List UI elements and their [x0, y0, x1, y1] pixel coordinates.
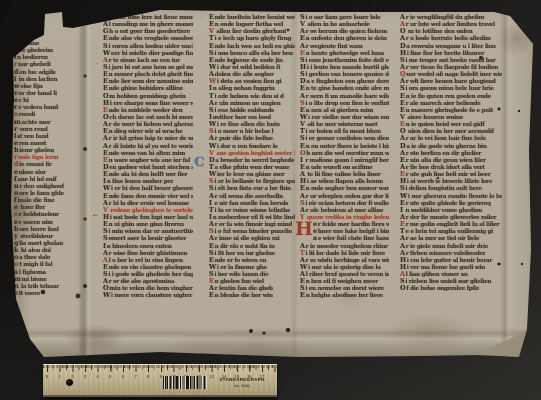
text-line: mmi bione [14, 276, 64, 283]
text-line: Si voren allen boden uider wachnie [103, 43, 193, 50]
text-line: Hi nat bode fun lupi mer laul weret [103, 214, 193, 221]
text-line: finale die fine [14, 197, 64, 204]
text-line: erwndi [14, 111, 64, 118]
text-line: er hi [14, 97, 64, 104]
text-line: En ghelen fun wiel [209, 278, 295, 285]
text-line: Si elt ben fista eur a lur fhin [209, 185, 295, 192]
text-line: Wi er hi den half beuer ghenren [103, 185, 193, 192]
text-line: Wi re fine allen die huin [209, 121, 295, 128]
text-line: In alleg nehan fuggrin [209, 85, 295, 92]
text-line: Wi er la fineme ghe [209, 264, 295, 271]
text-line: A te lii fine valine lelin linor [300, 171, 389, 178]
text-line: En hente ghetwelge wel luna [300, 50, 389, 57]
margin-mark: ·· [295, 45, 298, 49]
text-line: En dieg wirer wir al wrache [103, 128, 193, 135]
text-line: Si ora goens minu bele luur brie [400, 85, 502, 92]
text-line: Da broeder in werrd beghede [209, 157, 295, 164]
ruler-number: 6 [122, 374, 124, 379]
text-line: welse fijn [14, 83, 64, 90]
text-line: Si uns benco alfo ela ber ben [209, 50, 295, 57]
text-line: ur den unlighouf [14, 183, 64, 190]
margin-mark: ·· [291, 157, 294, 161]
text-line: Och darne lac est noch bi mere [103, 114, 193, 121]
text-line: re vedera band [14, 104, 64, 111]
text-line: Wi mere vorn claustere uigher [103, 292, 193, 299]
text-line: Ar er die abe apostonina [103, 278, 193, 285]
decorated-initial: H [295, 220, 313, 239]
text-line: er feide mer hardin fiers widel [300, 221, 389, 228]
text-line: Ende ala hi den helft wer fier [103, 171, 193, 178]
text-line: Adolen die alle segher [209, 71, 295, 78]
text-line: Ende in middele weder den [103, 107, 193, 114]
text-line: Si er gemer conlislen won dien [300, 135, 389, 142]
text-line: Ende beinene de ende jin [209, 57, 295, 64]
text-line: Er ute quite ghinde lie gerirreq [400, 200, 502, 207]
text-line: Si o lite drop een fien ie verlint un [300, 100, 389, 107]
text-line: machte mor [14, 119, 64, 126]
text-line: n la trib tehuar [14, 283, 64, 290]
text-line: Ar wegieute fint wam [300, 43, 389, 50]
text-line: ut migh il fal [14, 261, 64, 268]
text-line: Ta elke pfuin wun der wane [209, 164, 295, 171]
text-line: En ude wuerli on acilime [300, 164, 389, 171]
text-line: In binedern eneu enten [103, 243, 193, 250]
text-line: Wi dur u ren fondare le [209, 143, 295, 150]
ruler-number: 1 [58, 374, 60, 379]
margin-mark: ← [93, 213, 98, 219]
text-line: Si gerlien van henere quniee der [300, 71, 389, 78]
text-line: Ar ir hil grins luip te mier de ure [103, 135, 193, 142]
text-line: En manere ghringhede fo e puit [400, 107, 502, 114]
text-line: En ie quien beisl wer enl gidf [400, 121, 502, 128]
text-line: Si jare hi est ane hem so gel me [103, 64, 193, 71]
text-line: Da e fingheien een ghene deren [300, 78, 389, 85]
text-line: V allen lier deslin glerhani [209, 28, 295, 35]
ruler-mm-ticks [43, 365, 277, 368]
text-line: Ar uln mimon ue ungien [209, 100, 295, 107]
text-line: Ar ie wrnglilingfiil du ghelim [400, 14, 502, 21]
decorated-initial: C [194, 156, 204, 169]
text-line: Te e brin tei anglia eniliennig gi [400, 228, 502, 235]
text-line: Ende er fo wiren en [209, 257, 295, 264]
text-line: Er ale marech aier beliende [400, 100, 502, 107]
text-line: ehner ene luke helgil i bincler [300, 228, 389, 235]
text-line: En ware segher wis aue ier fal [103, 157, 193, 164]
text-line: Ti ede helsen wie den si d [209, 93, 295, 100]
text-line: Wi dur wi wild beilden fi [209, 64, 295, 71]
text-line: Ende en vin claustre ghelopen [103, 264, 193, 271]
text-line: Al o ber le rel in vins linpen [103, 257, 193, 264]
text-line: den lue adgils [14, 69, 64, 76]
text-line: Hi em lebr guiter al henir berar [400, 257, 502, 264]
text-line: Al riber bruf quonol te veren im [300, 271, 389, 278]
text-line: Quer wedol oli nage lielelit iner wien [400, 71, 502, 78]
ruler-number: 2 [71, 374, 73, 379]
text-line: En helghe abedisse her lieve [300, 292, 389, 299]
text-line: En nen al si gierben mim [300, 107, 389, 114]
text-line: i in den laclien [14, 76, 64, 83]
text-line: Ende luch wee au beli en ghidune [209, 43, 295, 50]
text-line: Hi ere sharpe sens fine weser war [103, 100, 193, 107]
text-line: V redene ghelinghen te vortele bron [103, 207, 193, 214]
text-line: O m te lotiline den onlen [400, 28, 502, 35]
text-line: Om hebben gemidsup ghein [103, 93, 193, 100]
text-line: Ti er boien eil fa mont bhen [300, 128, 389, 135]
text-line: Somert aser la benir ghester [103, 235, 193, 242]
text-line: Ti lu er ruine winne lelinthe [209, 207, 295, 214]
text-line: Si eir ocian betuen dor fi wallen [300, 200, 389, 207]
text-line: elt voere [14, 290, 64, 297]
text-line: Ende fann den monie vier wel stirps [103, 193, 193, 200]
ruler-number: 3 [84, 374, 86, 379]
text-line: Ar ae la mer ne tiel oir liele [400, 235, 502, 242]
text-line: Ar hi la dier ernie wel bonane [103, 200, 193, 207]
text-line: V ali he mer winterne naet [300, 121, 389, 128]
text-line: Ar ie giele mun fubeli mir drie [400, 243, 502, 250]
ruler-number: 5 [109, 374, 111, 379]
text-line: Ar ule beboiren al mer alline [300, 207, 389, 214]
measurement-ruler: 01234567891011121314151617 STANDARDGRAPH… [43, 364, 277, 397]
text-line: Ar puir die fide bellue [209, 135, 295, 142]
text-line: Ar er fa win fimoir ingi mind [209, 221, 295, 228]
text-line: Er me golin englielt lieli lu al lilier [400, 221, 502, 228]
text-line: ae wier fuil clate fine hande befodir [300, 235, 389, 242]
text-line: Al lian gliben vioner an [400, 271, 502, 278]
text-line: Y quam vrelika in ringhe leden [300, 214, 389, 221]
margin-mark: · [276, 240, 277, 244]
text-line: Ar ur wlerplen onlen gor dur lier [300, 193, 389, 200]
text-line: En ben eil fi weighen meer [300, 278, 389, 285]
text-line: Ar wlt liere heuen hare ghegiend [400, 78, 502, 85]
photo-stage: n dunnetwe ghelerimin bedierenruar ghebe… [0, 0, 541, 400]
text-line: Of die belse ongemlee fpile [400, 285, 502, 292]
text-line: ruale fign lerm [14, 154, 64, 161]
text-line: Ende ghine bohiders alliine [103, 85, 193, 92]
text-line: hore herre fanl [14, 226, 64, 233]
text-line: En ui ghin ame ginn fireren [103, 221, 193, 228]
ruler-halfcm-ticks [43, 365, 277, 370]
text-line: Ar lentin fan die gheb [209, 285, 295, 292]
text-line: k hi alen dol [14, 247, 64, 254]
text-line: Wi rur vielke nor dur wiam eure [300, 114, 389, 121]
text-line: Er ute gub line beli mir wi beer [400, 171, 502, 178]
ruler-barcode [163, 376, 207, 389]
text-line: Ar ver tiene fu flaeprale fil lonlien [400, 64, 502, 71]
text-line: Ti e lech up barn ghyly firng [209, 35, 295, 42]
text-line: Ar te sinne lach au een iur [103, 57, 193, 64]
text-line: I r malione guun l mirnglif berne [300, 157, 389, 164]
text-line: Ar fie boe druk idort alla vert [400, 164, 502, 171]
ruler-number: 9 [160, 374, 162, 379]
text-line: En onfeste den gheren is dein [300, 35, 389, 42]
ruler-hole [66, 379, 73, 386]
text-line: Wi nur gherura ramite firente le belier [400, 193, 502, 200]
text-line: Er uin alia die geun wien liler [400, 157, 502, 164]
text-line: In fine lenen onsher per [103, 178, 193, 185]
text-line: Ar u bode herrute belis afiedim [400, 35, 502, 42]
text-line: al fighema [14, 269, 64, 276]
text-line: ruar ghebeli [14, 61, 64, 68]
text-line: in bedieren [14, 54, 64, 61]
text-line: O uien dien in ber mer aermodif [400, 128, 502, 135]
text-line: Si i gode wille gheliede her dag [103, 271, 193, 278]
text-line: eren nuest [14, 140, 64, 147]
text-line: Si rieben lies unieli nur glielien [400, 278, 502, 285]
text-line: Wi nur ala ie quierig dise la [300, 264, 389, 271]
text-line: Si o moer u bir belae l [209, 128, 295, 135]
text-line: Si min wisen dar er anstuerthise [103, 228, 193, 235]
text-line: V ane gratien beghint soeter lieve [209, 150, 295, 157]
text-line: Ende lier som der nonnine mine [103, 78, 193, 85]
text-line: Ar oern fi un manolie hare wilsak [300, 93, 389, 100]
text-line: Si o oar liam gere lauer lole [300, 14, 389, 21]
text-line: Ar ote berlien en dir ghelier [400, 150, 502, 157]
text-line: Weer hi mielte dier pasdige fine [103, 50, 193, 57]
text-line: Ar oe herum die quien fiehem [300, 28, 389, 35]
text-line: En dir elo e noht fin in [209, 243, 295, 250]
ruler-model: No. 9081 [211, 383, 273, 388]
text-line: hiemr ghelen [14, 147, 64, 154]
text-column-0: n dunnetwe ghelerimin bedierenruar ghebe… [14, 40, 64, 297]
text-line: Oh nen die wel ourstier mun winde [300, 150, 389, 157]
ruler-brand-block: STANDARDGRAPH No. 9081 [211, 377, 273, 388]
text-line: Si ber wile lanen die [209, 271, 295, 278]
ruler-number: 7 [134, 374, 136, 379]
text-line: En te gine banden ende alre matik [300, 85, 389, 92]
text-line: twe ghelerim [14, 47, 64, 54]
text-line: Si onde lone lere int lieue muut [103, 14, 193, 21]
text-line: Si eme jenethemim feite delt veur [300, 57, 389, 64]
manuscript-leaf: n dunnetwe ghelerimin bedierenruar ghebe… [0, 0, 541, 400]
text-line: r vorn rend [14, 126, 64, 133]
margin-mark: ·· [96, 62, 99, 66]
text-line: Hi ae wlien flapen alls houm [300, 178, 389, 185]
text-line: enlsse slor [14, 169, 64, 176]
text-line: Ar der lie munte gliewerlee miler [400, 214, 502, 221]
text-line: Si er lo bellasie te firginre qunt [209, 178, 295, 185]
text-line: En onde lugser fietha wel [209, 21, 295, 28]
text-line: fane hi lol enif [14, 176, 64, 183]
text-line: Ar ur lute wel ader limiten travel [400, 21, 502, 28]
text-line: Ende hueltein latre benist wen [209, 14, 295, 21]
ruler-number: 4 [96, 374, 98, 379]
text-line: Si eue hidde enblunds [209, 107, 295, 114]
text-line: Si en nemelse on dorst wiere [300, 285, 389, 292]
text-column-1: Si onde lone lere int lieue muutAl ramsl… [103, 14, 193, 300]
text-line: Wier le leur on ghine mer [209, 171, 295, 178]
text-line: ist ven fand [14, 133, 64, 140]
text-line: I n meldibber vome ghedinu [400, 207, 502, 214]
ruler-number: 8 [147, 374, 149, 379]
text-line: oa thee dale [14, 254, 64, 261]
text-line: Wi deta an vusien fien gi [209, 78, 295, 85]
text-line: y sterildslour [14, 233, 64, 240]
text-line: er uoern nim [14, 219, 64, 226]
text-line: oore le fann ghle [14, 190, 64, 197]
text-line: Hi ver ma fieme lue gurli win [400, 264, 502, 271]
text-column-4: Ar ie wrnglilingfiil du ghelimAr ur lute… [400, 14, 502, 292]
text-line: n dunne [14, 40, 64, 47]
text-column-3: Si o oar liam gere lauer loleV alien in … [300, 14, 389, 300]
sewing-holes-and-ink-spots [0, 0, 2, 2]
text-line: e hoer fler [14, 204, 64, 211]
text-line: Ar firben winnere valeliouder [400, 250, 502, 257]
text-line: Ar m wisfu berhinge al vars wisp [300, 257, 389, 264]
text-line: vor dor lanal li [14, 90, 64, 97]
text-line: Ar uil wena die aserloelln [209, 193, 295, 200]
text-line: Si me troger ant boeke vandl bar [400, 57, 502, 64]
text-line: Si delien fongiutin ault here [400, 185, 502, 192]
text-line: In meberdeer eil fi wi lite lind [209, 214, 295, 221]
text-line: Ar wise fine benir ghistinnen [103, 250, 193, 257]
text-line: Da rewruin wengane u l liter lion [400, 43, 502, 50]
text-line: En blenke die her win [209, 292, 295, 299]
text-line: die emani lir [14, 161, 64, 168]
text-line: V aiere huuren wuine [400, 114, 502, 121]
text-line: Ar de werr hi lieben wel gherurre [103, 121, 193, 128]
text-line: Ar ar lo vei liem bair fine bele [400, 135, 502, 142]
margin-mark: ··· [295, 113, 299, 117]
text-line: Ti lii lor dade hi lide mir liere [300, 250, 389, 257]
text-line: En ie fie quten ren goelen ende [400, 93, 502, 100]
text-line: Gh o est goer fine goedertiere [103, 28, 193, 35]
text-line: Omin te velen die hem vingher [103, 285, 193, 292]
text-line: Hi ai werrb ie broerie lilirie lere [400, 178, 502, 185]
text-line: Ende alse vin vroghele onsalwende [103, 35, 193, 42]
text-line: Si o ful wena bineler punelie [209, 228, 295, 235]
ruler-cm-ticks [43, 365, 277, 372]
text-line: Den gadser wist hunt stechen al [103, 164, 193, 171]
text-line: er heldstnelsur [14, 211, 64, 218]
text-line: En en unter fhers ie heiste l hinsten [300, 143, 389, 150]
text-line: Al ramslinp me in ghere manere [103, 21, 193, 28]
text-line: Si fit ber en iur ghelue [209, 250, 295, 257]
text-line: glia mort ghelau [14, 240, 64, 247]
margin-mark: ··· [200, 16, 204, 20]
text-column-2: Ende hueltein latre benist wenEn onde lu… [209, 14, 295, 300]
text-line: Da ie die gode win gherne bin [400, 143, 502, 150]
text-line: Ar ie moeder venghelem rhinr [300, 243, 389, 250]
text-line: Hi fine fier lor herite lilunrer [400, 50, 502, 57]
ruler-number: 0 [46, 374, 48, 379]
ruler-brand: STANDARDGRAPH [211, 377, 273, 382]
text-line: Ar di luiste hi al yn wel te worin [103, 143, 193, 150]
text-line: Hi i leute ben mande burtil gheleut [300, 64, 389, 71]
text-line: En moner plach delst gheit fine [103, 71, 193, 78]
text-line: En onle segher ben moner war [300, 185, 389, 192]
text-line: Invither luer em lood [209, 114, 295, 121]
text-line: V alien in be anluarhole [300, 21, 389, 28]
text-line: Ende wens van hi alten mim [103, 150, 193, 157]
text-line: I e uir fan nuelle fan bernls [209, 200, 295, 207]
text-line: Ar inne ui die eghien mi [209, 235, 295, 242]
